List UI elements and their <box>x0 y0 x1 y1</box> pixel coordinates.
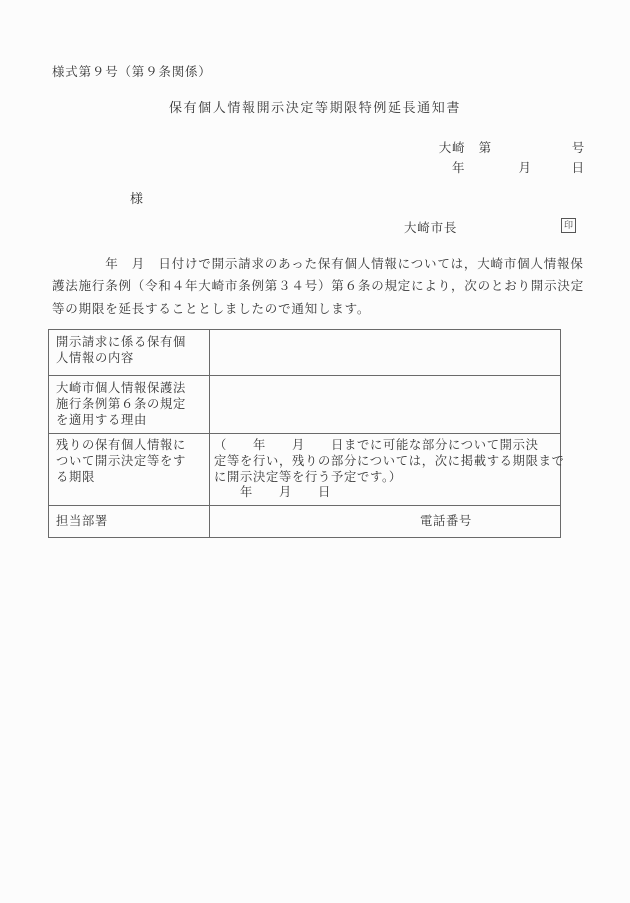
row-label-cell: 担当部署 <box>49 506 210 538</box>
row-value-cell <box>210 376 561 434</box>
table-row-disclosure-content: 開示請求に係る保有個 人情報の内容 <box>49 330 561 376</box>
label-line: 残りの保有個人情報に <box>56 438 205 454</box>
value-line: 年 月 日 <box>214 485 556 501</box>
row-value-cell <box>210 330 561 376</box>
label-line: を適用する理由 <box>56 413 205 429</box>
body-line-1: 年 月 日付けで開示請求のあった保有個人情報については，大崎市個人情報保 <box>52 253 597 275</box>
date-line: 年 月 日 <box>452 158 585 176</box>
label-line: 施行条例第６条の規定 <box>56 397 205 413</box>
addressee-honorific: 様 <box>130 188 143 207</box>
row-value-cell: 電話番号 <box>210 506 561 538</box>
document-title: 保有個人情報開示決定等期限特例延長通知書 <box>0 97 630 116</box>
value-line: に開示決定等を行う予定です。） <box>214 470 556 486</box>
body-line-3: 等の期限を延長することとしましたので通知します。 <box>52 298 597 320</box>
table-row-reason: 大崎市個人情報保護法 施行条例第６条の規定 を適用する理由 <box>49 376 561 434</box>
label-line: る期限 <box>56 470 205 486</box>
table-row-department: 担当部署 電話番号 <box>49 506 561 538</box>
form-table: 開示請求に係る保有個 人情報の内容 大崎市個人情報保護法 施行条例第６条の規定 … <box>48 329 561 538</box>
label-line: ついて開示決定等をす <box>56 454 205 470</box>
label-line: 開示請求に係る保有個 <box>56 335 205 351</box>
document-page: 様式第９号（第９条関係） 保有個人情報開示決定等期限特例延長通知書 大崎 第 号… <box>0 0 630 903</box>
form-number: 様式第９号（第９条関係） <box>52 62 212 80</box>
document-number-line: 大崎 第 号 <box>439 138 585 156</box>
row-label-cell: 開示請求に係る保有個 人情報の内容 <box>49 330 210 376</box>
phone-number-label: 電話番号 <box>420 514 472 528</box>
table-row-deadline: 残りの保有個人情報に ついて開示決定等をす る期限 （ 年 月 日までに可能な部… <box>49 434 561 506</box>
row-label-cell: 残りの保有個人情報に ついて開示決定等をす る期限 <box>49 434 210 506</box>
label-line: 大崎市個人情報保護法 <box>56 381 205 397</box>
value-line: 定等を行い，残りの部分については，次に掲載する期限まで <box>214 454 556 470</box>
label-line: 担当部署 <box>56 514 205 530</box>
value-line: （ 年 月 日までに可能な部分について開示決 <box>214 438 556 454</box>
row-value-cell: （ 年 月 日までに可能な部分について開示決 定等を行い，残りの部分については，… <box>210 434 561 506</box>
row-label-cell: 大崎市個人情報保護法 施行条例第６条の規定 を適用する理由 <box>49 376 210 434</box>
label-line: 人情報の内容 <box>56 351 205 367</box>
sender-title: 大崎市長 <box>404 218 457 236</box>
seal-mark: 印 <box>561 218 576 233</box>
body-paragraph: 年 月 日付けで開示請求のあった保有個人情報については，大崎市個人情報保 護法施… <box>52 253 597 320</box>
body-line-2: 護法施行条例（令和４年大崎市条例第３４号）第６条の規定により，次のとおり開示決定 <box>52 275 597 297</box>
